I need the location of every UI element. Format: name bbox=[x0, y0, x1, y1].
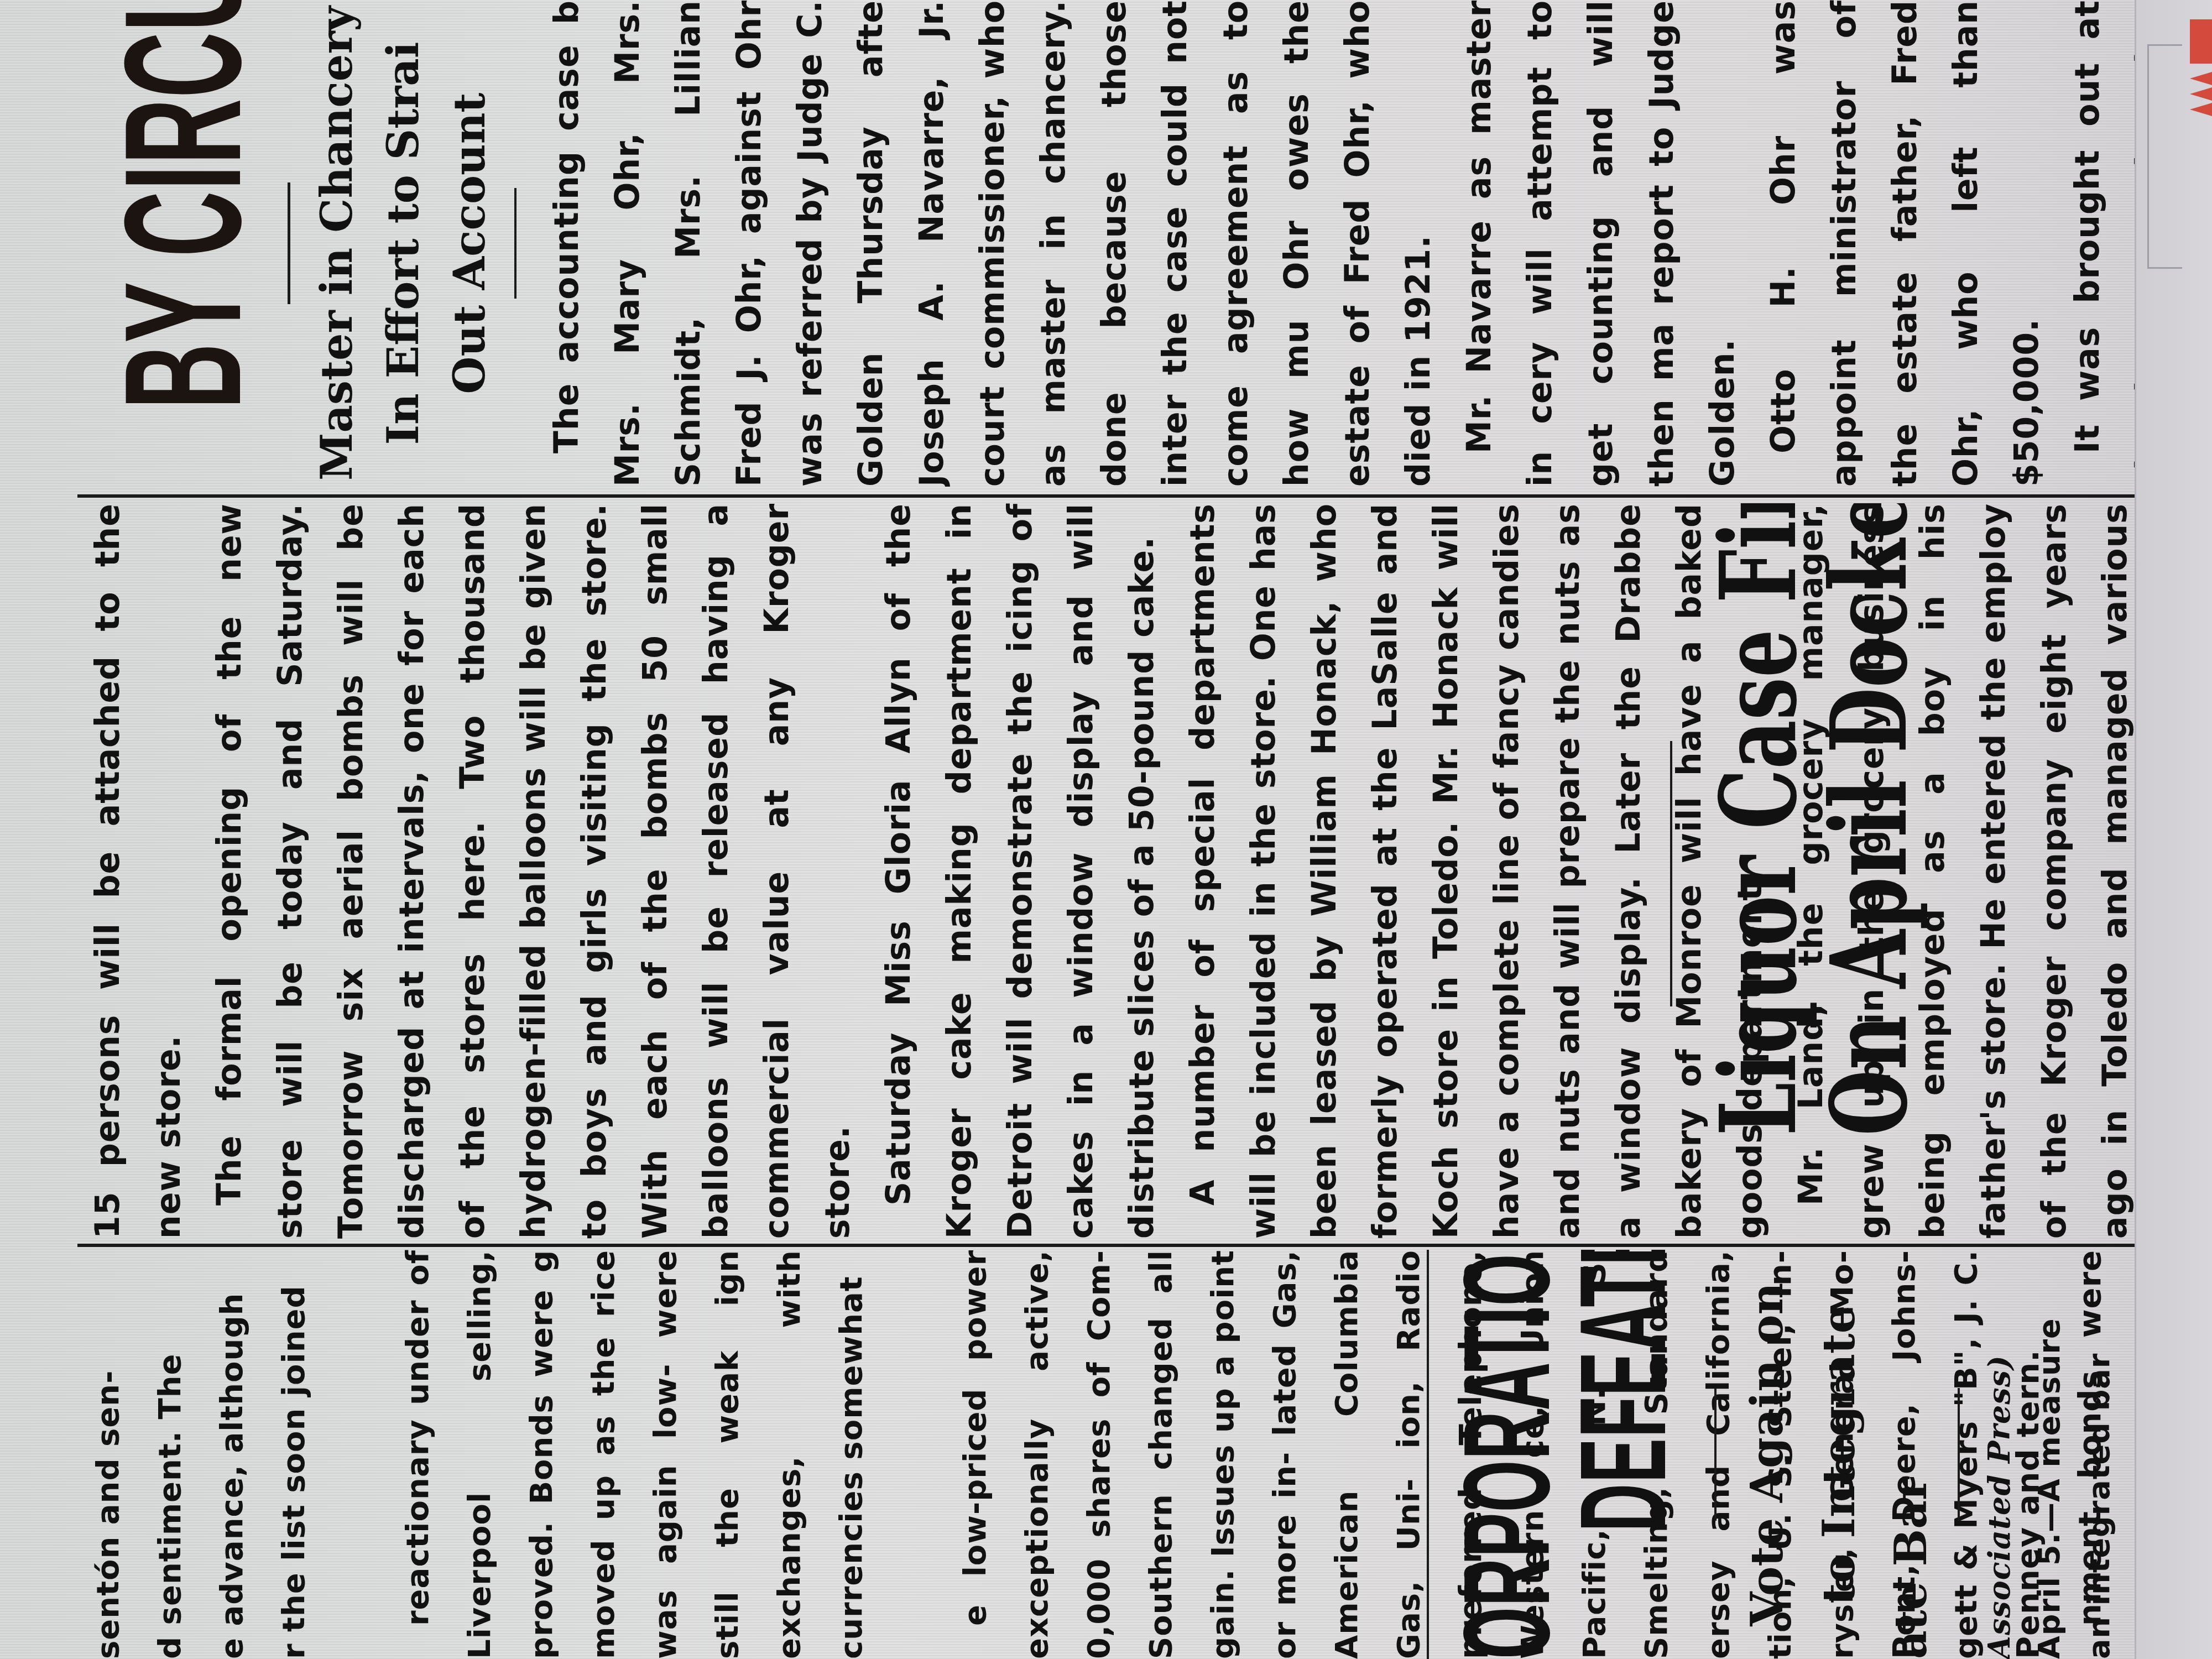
deck-line-3: Out Account bbox=[437, 0, 503, 487]
market-fragment-3: e advance, although bbox=[201, 1250, 263, 1659]
newspaper-page: sentón and sen- d sentiment. The e advan… bbox=[77, 0, 2135, 1659]
deck-line-1: Master in Chancery bbox=[304, 0, 371, 487]
headline-line-1: Liquor Case First bbox=[1703, 606, 1814, 1136]
deck-line-1: Vote Again on bbox=[1731, 1250, 1803, 1659]
market-fragment-2: d sentiment. The bbox=[139, 1250, 201, 1659]
kroger-paragraph-1: The formal opening of the new store will… bbox=[199, 503, 868, 1239]
deck-line-3: ate Bar bbox=[1875, 1250, 1947, 1659]
kroger-column: 15 persons will be attached to the new s… bbox=[77, 503, 2135, 1239]
column-rule-1 bbox=[77, 1244, 2135, 1247]
chancery-paragraph-3: Otto H. Ohr was appoint ministrator of t… bbox=[1753, 0, 2057, 487]
deck-rule bbox=[1958, 1388, 1960, 1521]
market-fragment-1: sentón and sen- bbox=[77, 1250, 139, 1659]
column-rule-2 bbox=[77, 494, 2135, 498]
deck-rule bbox=[514, 188, 517, 299]
headline-line-1: ORPORATION bbox=[1449, 1434, 1565, 1659]
headline-line-2: On April Docket bbox=[1814, 606, 1924, 1136]
headline-line-2: DEFEATED bbox=[1565, 1377, 1681, 1532]
viewer-side-panel bbox=[2135, 0, 2212, 1659]
viewer-frame bbox=[2147, 44, 2182, 269]
kroger-paragraph-3: A number of special departments will be … bbox=[1172, 503, 1781, 1239]
circuit-banner: BY CIRCUIT bbox=[100, 184, 265, 409]
section-divider bbox=[1427, 1250, 1429, 1659]
article-end-rule bbox=[1670, 741, 1672, 1006]
collapse-chevrons-icon[interactable] bbox=[2190, 72, 2212, 116]
dateline: April 5.—A measure bbox=[2025, 1250, 2074, 1659]
kroger-paragraph-2: Saturday Miss Gloria Allyn of the Kroger… bbox=[868, 503, 1172, 1239]
chancery-paragraph-1: The accounting case b Mrs. Mary Ohr, Mrs… bbox=[536, 0, 1449, 487]
chancery-column: BY CIRCUIT Master in Chancery In Effort … bbox=[77, 0, 2135, 487]
vote-article-text: Associated Press) April 5.—A measure an … bbox=[1974, 1250, 2124, 1659]
market-fragment-4: r the list soon joined bbox=[263, 1250, 325, 1659]
dateline-source: Associated Press) bbox=[1981, 1355, 2017, 1659]
corporation-headline: ORPORATION DEFEATED bbox=[1449, 1250, 1681, 1659]
liquor-case-headline: Liquor Case First On April Docket bbox=[1703, 503, 1924, 1239]
vote-deck: Vote Again on to Integrate ate Bar bbox=[1731, 1250, 1947, 1659]
banner-rule bbox=[288, 182, 290, 304]
deck-line-2: In Effort to Strai bbox=[371, 0, 437, 487]
bookmark-marker-icon[interactable] bbox=[2190, 19, 2212, 64]
kroger-paragraph-0: 15 persons will be attached to the new s… bbox=[77, 503, 199, 1239]
market-paragraph-2: reactionary under of Liverpool selling, … bbox=[387, 1250, 883, 1659]
chancery-deck: Master in Chancery In Effort to Strai Ou… bbox=[304, 0, 503, 487]
chancery-paragraph-4: It was brought out at the ing yesterday … bbox=[2057, 0, 2135, 487]
chancery-article-text: The accounting case b Mrs. Mary Ohr, Mrs… bbox=[536, 0, 2135, 487]
deck-line-2: to Integrate bbox=[1803, 1250, 1875, 1659]
financial-column: sentón and sen- d sentiment. The e advan… bbox=[77, 1250, 2135, 1659]
headline-rule bbox=[1714, 1388, 1717, 1521]
chancery-paragraph-2: Mr. Navarre as master in cery will attem… bbox=[1449, 0, 1753, 487]
vote-article-body: an integrated bar bbox=[2074, 1250, 2124, 1659]
